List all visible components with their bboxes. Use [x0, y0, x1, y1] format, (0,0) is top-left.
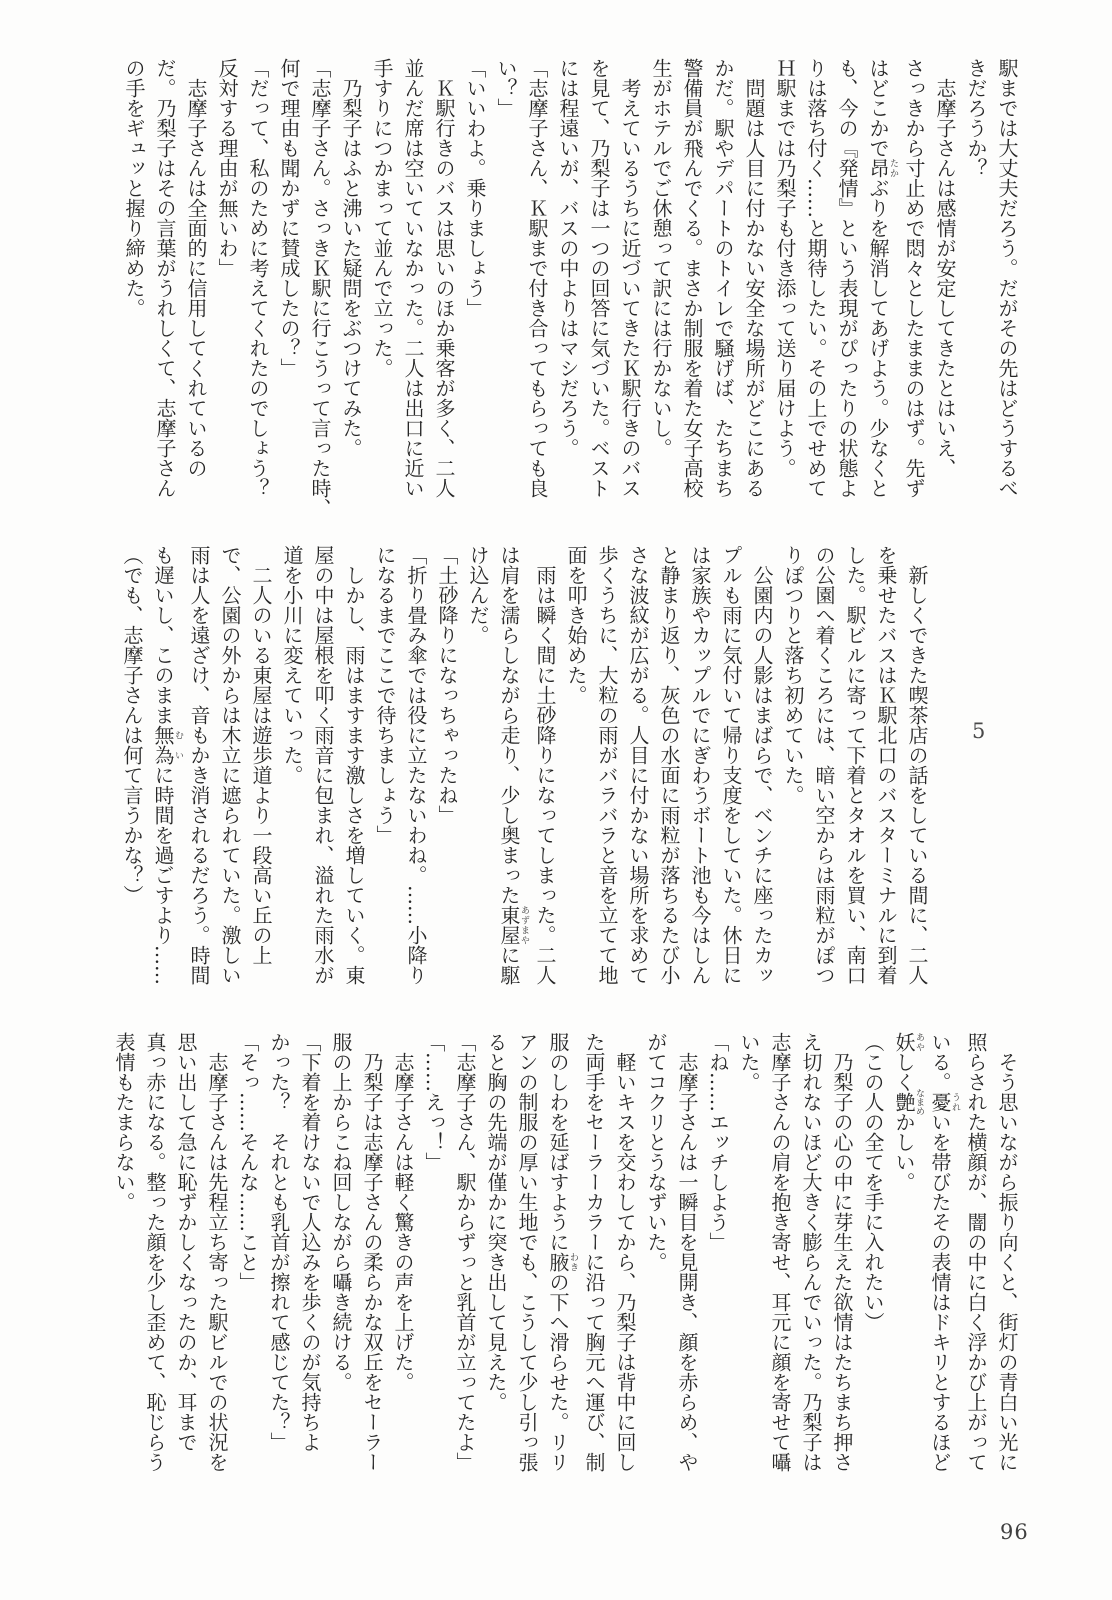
text-column: 並んだ席は空いていなかった。二人は出口に近い	[397, 58, 428, 526]
text-column: 反対する理由が無いわ」	[211, 58, 242, 526]
text-column: 乃梨子の心の中に芽生えた欲情はたちまち押さ	[826, 1032, 857, 1500]
section-number: 5	[972, 719, 985, 743]
text-column: 志摩子さんの肩を抱き寄せ、耳元に顔を寄せて囁	[764, 1032, 795, 1500]
text-column: プルも雨に気付いて帰り支度をしていた。休日に	[715, 545, 746, 1015]
text-column: 乃梨子はふと沸いた疑問をぶつけてみた。	[335, 58, 366, 526]
text-column: 面を叩き始めた。	[560, 545, 591, 1015]
text-column: 「下着を着けないで人込みを歩くのが気持ちよ	[294, 1032, 325, 1500]
text-column: かだ。駅やデパートのトイレで騒げば、たちまち	[707, 58, 738, 526]
text-column: と静まり返り、灰色の水面に雨粒が落ちるたび小	[653, 545, 684, 1015]
text-column: 服のしわを延ばすように腋わきの下へ滑らせた。リリ	[542, 1032, 578, 1500]
page-number: 96	[1000, 1520, 1029, 1544]
text-column: りは落ち付く……と期待したい。その上でせめて	[800, 58, 831, 526]
text-column: 「いいわよ。乗りましょう」	[459, 58, 490, 526]
text-column: の手をギュッと握り締めた。	[118, 58, 149, 526]
text-column: いた。	[733, 1032, 764, 1500]
text-column: 新しくできた喫茶店の話をしている間に、二人	[901, 545, 932, 1015]
text-column: は肩を濡らしながら走り、少し奥まった東屋あずまやに駆	[493, 545, 529, 1015]
text-column: （でも、志摩子さんは何て言うかな？）	[116, 545, 147, 1015]
text-column: 妖あやしく艶なまめかしい。	[888, 1032, 924, 1500]
text-column: た両手をセーラーカラーに沿って胸元へ運び、制	[578, 1032, 609, 1500]
text-column: 警備員が飛んでくる。まさか制服を着た女子高校	[676, 58, 707, 526]
text-column: え切れないほど大きく膨らんでいった。乃梨子は	[795, 1032, 826, 1500]
text-column: も遅いし、このまま無為むいに時間を過ごすより……	[147, 545, 183, 1015]
text-column: 「志摩子さん、駅からずっと乳首が立ってたよ」	[449, 1032, 480, 1500]
text-column: いる。憂うれいを帯びたその表情はドキリとするほど	[924, 1032, 960, 1500]
text-column: 「志摩子さん、Ｋ駅まで付き合ってもらっても良	[521, 58, 552, 526]
text-column: は家族やカップルでにぎわうボート池も今はしん	[684, 545, 715, 1015]
text-column: （この人の全てを手に入れたい）	[857, 1032, 888, 1500]
text-column: 志摩子さんは全面的に信用してくれているの	[180, 58, 211, 526]
text-column: 手すりにつかまって並んで立った。	[366, 58, 397, 526]
text-column: 軽いキスを交わしてから、乃梨子は背中に回し	[609, 1032, 640, 1500]
text-column: 生がホテルでご休憩って訳には行かないし。	[645, 58, 676, 526]
text-column: 照らされた横顔が、闇の中に白く浮かび上がって	[960, 1032, 991, 1500]
text-column: の公園へ着くころには、暗い空からは雨粒がぽつ	[808, 545, 839, 1015]
text-column: ると胸の先端が僅かに突き出して見えた。	[480, 1032, 511, 1500]
text-column: そう思いながら振り向くと、街灯の青白い光に	[991, 1032, 1022, 1500]
text-column: 「そっ……そんな……こと」	[232, 1032, 263, 1500]
text-column: 公園内の人影はまばらで、ベンチに座ったカッ	[746, 545, 777, 1015]
text-column: Ｈ駅までは乃梨子も付き添って送り届けよう。	[769, 58, 800, 526]
text-column: 「土砂降りになっちゃったね」	[431, 545, 462, 1015]
text-column: を見て、乃梨子は一つの回答に気づいた。ベスト	[583, 58, 614, 526]
scanned-page: 駅までは大丈夫だろう。だがその先はどうするべきだろうか？ 志摩子さんは感情が安定…	[0, 0, 1112, 1600]
text-column: Ｋ駅行きのバスは思いのほか乗客が多く、二人	[428, 58, 459, 526]
text-column: 志摩子さんは軽く驚きの声を上げた。	[387, 1032, 418, 1500]
text-column: け込んだ。	[462, 545, 493, 1015]
text-column: 何で理由も聞かずに賛成したの？」	[273, 58, 304, 526]
text-column: がてコクリとうなずいた。	[640, 1032, 671, 1500]
text-column: 思い出して急に恥ずかしくなったのか、耳まで	[170, 1032, 201, 1500]
text-column: 屋の中は屋根を叩く雨音に包まれ、溢れた雨水が	[307, 545, 338, 1015]
text-column: には程遠いが、バスの中よりはマシだろう。	[552, 58, 583, 526]
text-column: アンの制服の厚い生地でも、こうして少し引っ張	[511, 1032, 542, 1500]
text-column: 「ね……エッチしよう」	[702, 1032, 733, 1500]
text-column: 服の上からこね回しながら囁き続ける。	[325, 1032, 356, 1500]
text-band-bottom: そう思いながら振り向くと、街灯の青白い光に照らされた横顔が、闇の中に白く浮かび上…	[108, 1032, 1022, 1500]
text-column: 問題は人目に付かない安全な場所がどこにある	[738, 58, 769, 526]
text-column: で、公園の外からは木立に遮られていた。激しい	[214, 545, 245, 1015]
text-column: 真っ赤になる。整った顔を少し歪めて、恥じらう	[139, 1032, 170, 1500]
text-column: さな波紋が広がる。人目に付かない場所を求めて	[622, 545, 653, 1015]
text-column: 駅までは大丈夫だろう。だがその先はどうするべ	[991, 58, 1022, 526]
text-column: 表情もたまらない。	[108, 1032, 139, 1500]
text-column: 「……えっ！」	[418, 1032, 449, 1500]
text-column: 志摩子さんは先程立ち寄った駅ビルでの状況を	[201, 1032, 232, 1500]
text-column: さっきから寸止めで悶々としたままのはず。先ず	[898, 58, 929, 526]
text-column: 考えているうちに近づいてきたＫ駅行きのバス	[614, 58, 645, 526]
text-column: 志摩子さんは感情が安定してきたとはいえ、	[929, 58, 960, 526]
text-column: きだろうか？	[960, 58, 991, 526]
text-column: だ。乃梨子はその言葉がうれしくて、志摩子さん	[149, 58, 180, 526]
text-column: かった？ それとも乳首が擦れて感じてた？」	[263, 1032, 294, 1500]
text-column: になるまでここで待ちましょう」	[369, 545, 400, 1015]
text-column: い？」	[490, 58, 521, 526]
text-column: 雨は瞬く間に土砂降りになってしまった。二人	[529, 545, 560, 1015]
text-column: 「折り畳み傘では役に立たないわね。……小降り	[400, 545, 431, 1015]
text-column: りぽつりと落ち初めていた。	[777, 545, 808, 1015]
text-column: はどこかで昂たかぶりを解消してあげよう。少なくと	[862, 58, 898, 526]
text-band-middle: 新しくできた喫茶店の話をしている間に、二人を乗せたバスはＫ駅北口のバスターミナル…	[116, 545, 932, 1015]
text-column: 志摩子さんは一瞬目を見開き、顔を赤らめ、や	[671, 1032, 702, 1500]
text-column: を乗せたバスはＫ駅北口のバスターミナルに到着	[870, 545, 901, 1015]
text-column: も、今の『発情』という表現がぴったりの状態よ	[831, 58, 862, 526]
text-column: 二人のいる東屋は遊歩道より一段高い丘の上	[245, 545, 276, 1015]
text-column: 道を小川に変えていった。	[276, 545, 307, 1015]
text-column: 雨は人を遠ざけ、音もかき消されるだろう。時間	[183, 545, 214, 1015]
text-column: 歩くうちに、大粒の雨がバラバラと音を立てて地	[591, 545, 622, 1015]
text-column: 乃梨子は志摩子さんの柔らかな双丘をセーラー	[356, 1032, 387, 1500]
text-column: した。駅ビルに寄って下着とタオルを買い、南口	[839, 545, 870, 1015]
text-column: 「だって、私のために考えてくれたのでしょう？	[242, 58, 273, 526]
text-column: しかし、雨はますます激しさを増していく。東	[338, 545, 369, 1015]
text-band-top: 駅までは大丈夫だろう。だがその先はどうするべきだろうか？ 志摩子さんは感情が安定…	[118, 58, 1022, 526]
text-column: 「志摩子さん。さっきＫ駅に行こうって言った時、	[304, 58, 335, 526]
